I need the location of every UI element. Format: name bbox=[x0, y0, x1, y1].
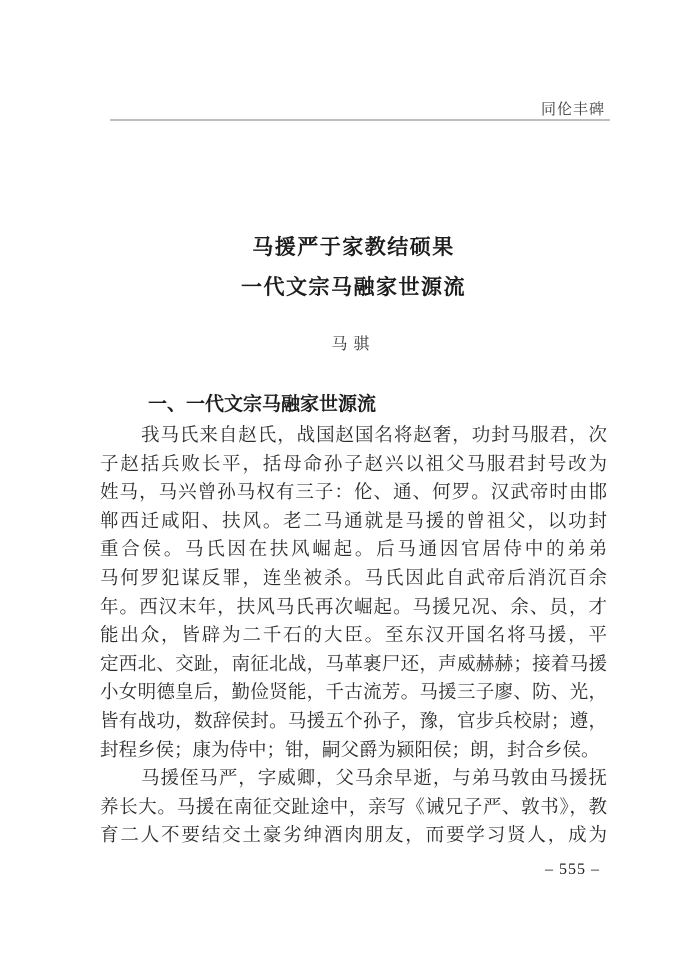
article-body: 我马氏来自赵氏，战国赵国名将赵奢，功封马服君，次 子赵括兵败长平，括母命孙子赵兴… bbox=[100, 422, 607, 851]
author-name: 马骐 bbox=[100, 334, 607, 356]
header-rule bbox=[110, 119, 610, 121]
body-text-line: 封程乡侯；康为侍中；钳，嗣父爵为颍阳侯；朗，封合乡侯。 bbox=[100, 737, 607, 766]
title-line-1: 马援严于家教结硕果 bbox=[100, 228, 607, 268]
body-text-line: 定西北、交趾，南征北战，马革裹尸还，声威赫赫；接着马援 bbox=[100, 651, 607, 680]
body-text-line: 年。西汉末年，扶风马氏再次崛起。马援兄况、余、员，才 bbox=[100, 594, 607, 623]
book-page: 同伦丰碑 马援严于家教结硕果 一代文宗马融家世源流 马骐 一、一代文宗马融家世源… bbox=[0, 0, 692, 968]
body-text-line: 小女明德皇后，勤俭贤能，千古流芳。马援三子廖、防、光， bbox=[100, 679, 607, 708]
body-text-line: 马何罗犯谋反罪，连坐被杀。马氏因此自武帝后消沉百余 bbox=[100, 565, 607, 594]
article-title: 马援严于家教结硕果 一代文宗马融家世源流 bbox=[100, 228, 607, 308]
page-number: – 555 – bbox=[545, 861, 600, 879]
body-text-line: 能出众，皆辟为二千石的大臣。至东汉开国名将马援，平 bbox=[100, 622, 607, 651]
running-header: 同伦丰碑 bbox=[541, 98, 605, 119]
body-text-line: 郸西迁咸阳、扶风。老二马通就是马援的曾祖父，以功封 bbox=[100, 508, 607, 537]
section-heading: 一、一代文宗马融家世源流 bbox=[148, 391, 376, 419]
body-text-line: 育二人不要结交土豪劣绅酒肉朋友，而要学习贤人，成为 bbox=[100, 822, 607, 851]
body-text-line: 养长大。马援在南征交趾途中，亲写《诫兄子严、敦书》，教 bbox=[100, 794, 607, 823]
body-text-line: 子赵括兵败长平，括母命孙子赵兴以祖父马服君封号改为 bbox=[100, 451, 607, 480]
body-text-line: 我马氏来自赵氏，战国赵国名将赵奢，功封马服君，次 bbox=[100, 422, 607, 451]
body-text-line: 马援侄马严，字威卿，父马余早逝，与弟马敦由马援抚 bbox=[100, 765, 607, 794]
body-text-line: 皆有战功，数辞侯封。马援五个孙子，豫，官步兵校尉；遵， bbox=[100, 708, 607, 737]
body-text-line: 姓马，马兴曾孙马权有三子：伦、通、何罗。汉武帝时由邯 bbox=[100, 479, 607, 508]
body-text-line: 重合侯。马氏因在扶风崛起。后马通因官居侍中的弟弟 bbox=[100, 536, 607, 565]
title-line-2: 一代文宗马融家世源流 bbox=[100, 268, 607, 308]
